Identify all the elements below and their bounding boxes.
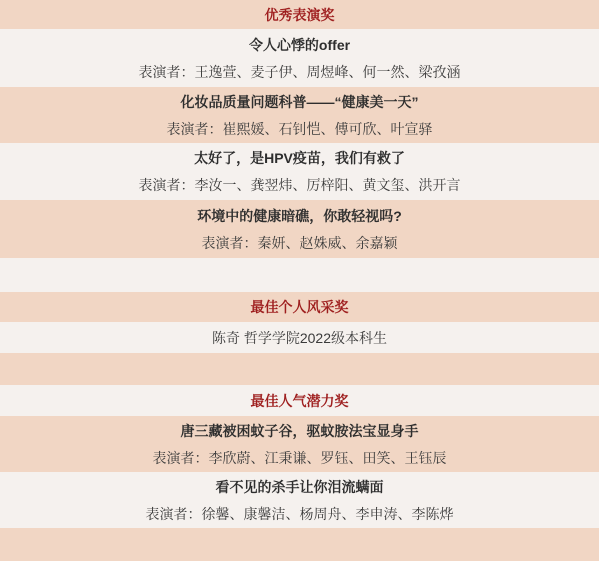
spacer-row [0, 528, 599, 561]
spacer-row [0, 353, 599, 385]
winner-info: 陈奇 哲学学院2022级本科生 [212, 330, 387, 346]
winner-row: 陈奇 哲学学院2022级本科生 [0, 322, 599, 353]
award-list-document: 优秀表演奖 令人心悸的offer 表演者：王逸萱、麦子伊、周煜峰、何一然、梁孜涵… [0, 0, 599, 561]
section-header-row-individual: 最佳个人风采奖 [0, 292, 599, 322]
performer-list: 表演者：徐馨、康馨洁、杨周舟、李申涛、李陈烨 [146, 506, 454, 522]
performance-title: 太好了，是HPV疫苗，我们有救了 [194, 150, 405, 166]
performer-list: 表演者：王逸萱、麦子伊、周煜峰、何一然、梁孜涵 [139, 64, 461, 80]
entry-row: 太好了，是HPV疫苗，我们有救了 表演者：李汝一、龚翌炜、厉梓阳、黄文玺、洪开言 [0, 143, 599, 200]
entry-row: 环境中的健康暗礁，你敢轻视吗? 表演者：秦妍、赵姝威、余嘉颖 [0, 200, 599, 258]
award-section-title: 最佳个人风采奖 [251, 299, 349, 315]
performance-title: 令人心悸的offer [249, 37, 350, 53]
performance-title: 看不见的杀手让你泪流螨面 [216, 479, 384, 495]
performer-list: 表演者：秦妍、赵姝威、余嘉颖 [202, 235, 398, 251]
entry-row: 令人心悸的offer 表演者：王逸萱、麦子伊、周煜峰、何一然、梁孜涵 [0, 29, 599, 87]
award-section-title: 最佳人气潜力奖 [251, 393, 349, 409]
spacer-row [0, 258, 599, 292]
section-header-row-performance: 优秀表演奖 [0, 0, 599, 29]
entry-row: 化妆品质量问题科普——“健康美一天” 表演者：崔熙媛、石钊恺、傅可欣、叶宣驿 [0, 87, 599, 143]
award-section-title: 优秀表演奖 [265, 7, 335, 23]
section-header-row-popularity: 最佳人气潜力奖 [0, 385, 599, 416]
performer-list: 表演者：李欣蔚、江秉谦、罗钰、田笑、王钰辰 [153, 450, 447, 466]
performer-list: 表演者：李汝一、龚翌炜、厉梓阳、黄文玺、洪开言 [139, 177, 461, 193]
performer-list: 表演者：崔熙媛、石钊恺、傅可欣、叶宣驿 [167, 121, 433, 137]
entry-row: 唐三藏被困蚊子谷，驱蚊胺法宝显身手 表演者：李欣蔚、江秉谦、罗钰、田笑、王钰辰 [0, 416, 599, 472]
performance-title: 唐三藏被困蚊子谷，驱蚊胺法宝显身手 [181, 423, 419, 439]
performance-title: 环境中的健康暗礁，你敢轻视吗? [197, 208, 402, 224]
performance-title: 化妆品质量问题科普——“健康美一天” [181, 94, 419, 110]
entry-row: 看不见的杀手让你泪流螨面 表演者：徐馨、康馨洁、杨周舟、李申涛、李陈烨 [0, 472, 599, 528]
